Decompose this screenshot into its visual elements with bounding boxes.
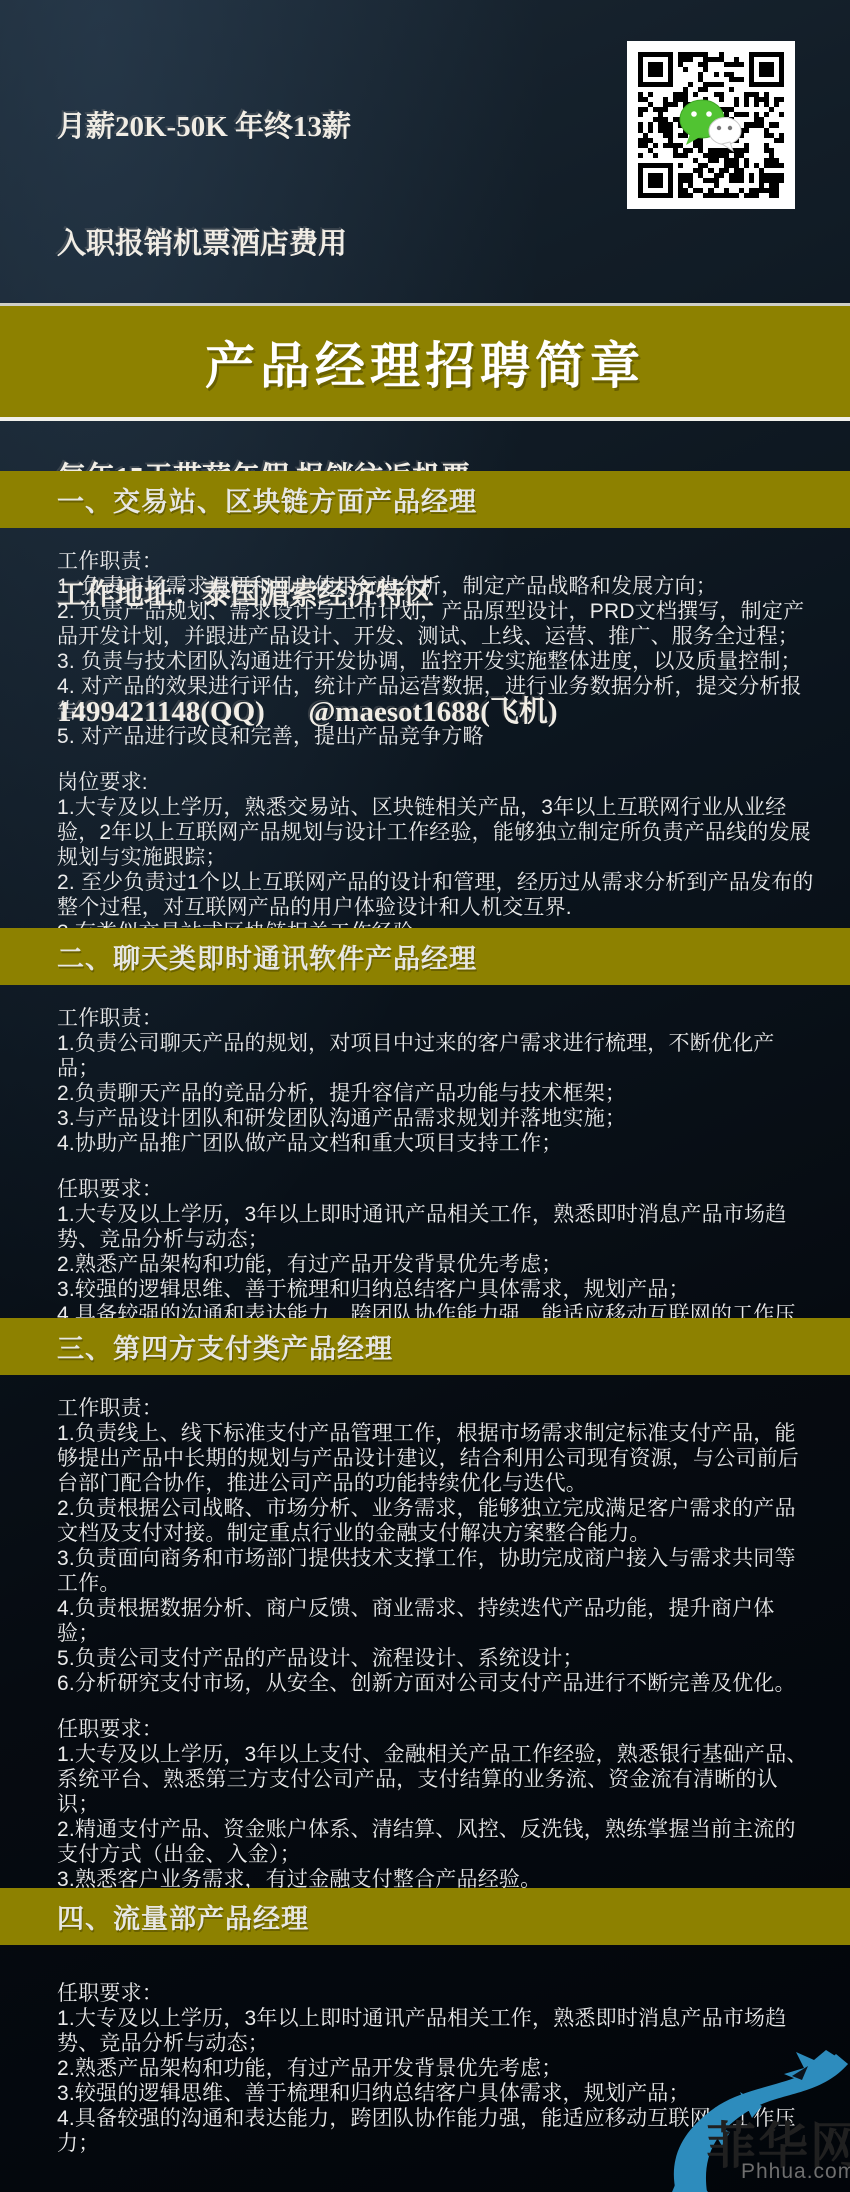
section-body-2: 工作职责：1.负责公司聊天产品的规划，对项目中过来的客户需求进行梳理，不断优化产… [57, 1006, 814, 1352]
benefit-line: 入职报销机票酒店费用 [57, 225, 617, 264]
wechat-icon [678, 97, 744, 153]
job-text-line: 4.协助产品推广团队做产品文档和重大项目支持工作； [57, 1131, 814, 1156]
job-block: 岗位要求:1.大专及以上学历，熟悉交易站、区块链相关产品，3年以上互联网行业从业… [57, 770, 814, 945]
job-text-line: 5.负责公司支付产品的产品设计、流程设计、系统设计； [57, 1646, 814, 1671]
watermark-site-url: Phhua.com [741, 2160, 850, 2184]
job-text-line: 1.负责线上、线下标准支付产品管理工作，根据市场需求制定标准支付产品，能够提出产… [57, 1421, 814, 1496]
job-text-line: 2.负责聊天产品的竞品分析，提升容信产品功能与技术框架； [57, 1081, 814, 1106]
job-block-title: 工作职责： [57, 1006, 814, 1031]
section-heading-3: 三、第四方支付类产品经理 [0, 1318, 850, 1375]
job-text-line: 4.负责根据数据分析、商户反馈、商业需求、持续迭代产品功能，提升商户体验； [57, 1596, 814, 1646]
job-text-line: 1.大专及以上学历，3年以上即时通讯产品相关工作，熟悉即时消息产品市场趋势、竞品… [57, 1202, 814, 1252]
job-block-title: 任职要求： [57, 1717, 814, 1742]
job-text-line: 3.与产品设计团队和研发团队沟通产品需求规划并落地实施； [57, 1106, 814, 1131]
job-block: 工作职责：1.负责公司聊天产品的规划，对项目中过来的客户需求进行梳理，不断优化产… [57, 1006, 814, 1156]
job-text-line: 2. 至少负责过1个以上互联网产品的设计和管理，经历过从需求分析到产品发布的整个… [57, 870, 814, 920]
job-text-line: 1. 负责市场需求调研和用户使用行为分析，制定产品战略和发展方向； [57, 574, 814, 599]
job-block-title: 任职要求： [57, 1981, 814, 2006]
job-block-title: 岗位要求: [57, 770, 814, 795]
job-block: 工作职责：1.负责线上、线下标准支付产品管理工作，根据市场需求制定标准支付产品，… [57, 1396, 814, 1696]
qr-code [627, 41, 795, 209]
job-block-title: 任职要求： [57, 1177, 814, 1202]
job-block: 工作职责：1. 负责市场需求调研和用户使用行为分析，制定产品战略和发展方向；2.… [57, 549, 814, 749]
job-block-title: 工作职责： [57, 1396, 814, 1421]
recruitment-poster: 月薪20K-50K 年终13薪 入职报销机票酒店费用 每年11天节假日3倍薪资 … [0, 0, 850, 2192]
job-text-line: 3. 负责与技术团队沟通进行开发协调，监控开发实施整体进度，以及质量控制； [57, 649, 814, 674]
job-text-line: 1.负责公司聊天产品的规划，对项目中过来的客户需求进行梳理，不断优化产品； [57, 1031, 814, 1081]
job-block-title: 工作职责： [57, 549, 814, 574]
section-heading-4: 四、流量部产品经理 [0, 1888, 850, 1945]
poster-title: 产品经理招聘简章 [205, 326, 645, 398]
section-heading-2: 二、聊天类即时通讯软件产品经理 [0, 928, 850, 985]
job-text-line: 3.负责面向商务和市场部门提供技术支撑工作，协助完成商户接入与需求共同等工作。 [57, 1546, 814, 1596]
section-body-3: 工作职责：1.负责线上、线下标准支付产品管理工作，根据市场需求制定标准支付产品，… [57, 1396, 814, 1942]
job-text-line: 4. 对产品的效果进行评估，统计产品运营数据，进行业务数据分析，提交分析报告； [57, 674, 814, 724]
job-text-line: 1.大专及以上学历，熟悉交易站、区块链相关产品，3年以上互联网行业从业经验，2年… [57, 795, 814, 870]
section-heading-1: 一、交易站、区块链方面产品经理 [0, 471, 850, 528]
title-banner: 产品经理招聘简章 [0, 303, 850, 421]
job-text-line: 1.大专及以上学历，3年以上支付、金融相关产品工作经验，熟悉银行基础产品、系统平… [57, 1742, 814, 1817]
section-body-1: 工作职责：1. 负责市场需求调研和用户使用行为分析，制定产品战略和发展方向；2.… [57, 549, 814, 945]
job-text-line: 5. 对产品进行改良和完善，提出产品竞争方略 [57, 724, 814, 749]
job-text-line: 2. 负责产品规划、需求设计与上市计划，产品原型设计，PRD文档撰写，制定产品开… [57, 599, 814, 649]
job-text-line: 6.分析研究支付市场，从安全、创新方面对公司支付产品进行不断完善及优化。 [57, 1671, 814, 1696]
job-text-line: 2.精通支付产品、资金账户体系、清结算、风控、反洗钱，熟练掌握当前主流的支付方式… [57, 1817, 814, 1867]
job-text-line: 3.较强的逻辑思维、善于梳理和归纳总结客户具体需求，规划产品； [57, 1277, 814, 1302]
benefit-line: 月薪20K-50K 年终13薪 [57, 108, 617, 147]
job-text-line: 2.熟悉产品架构和功能，有过产品开发背景优先考虑； [57, 1252, 814, 1277]
job-text-line: 2.负责根据公司战略、市场分析、业务需求，能够独立完成满足客户需求的产品文档及支… [57, 1496, 814, 1546]
